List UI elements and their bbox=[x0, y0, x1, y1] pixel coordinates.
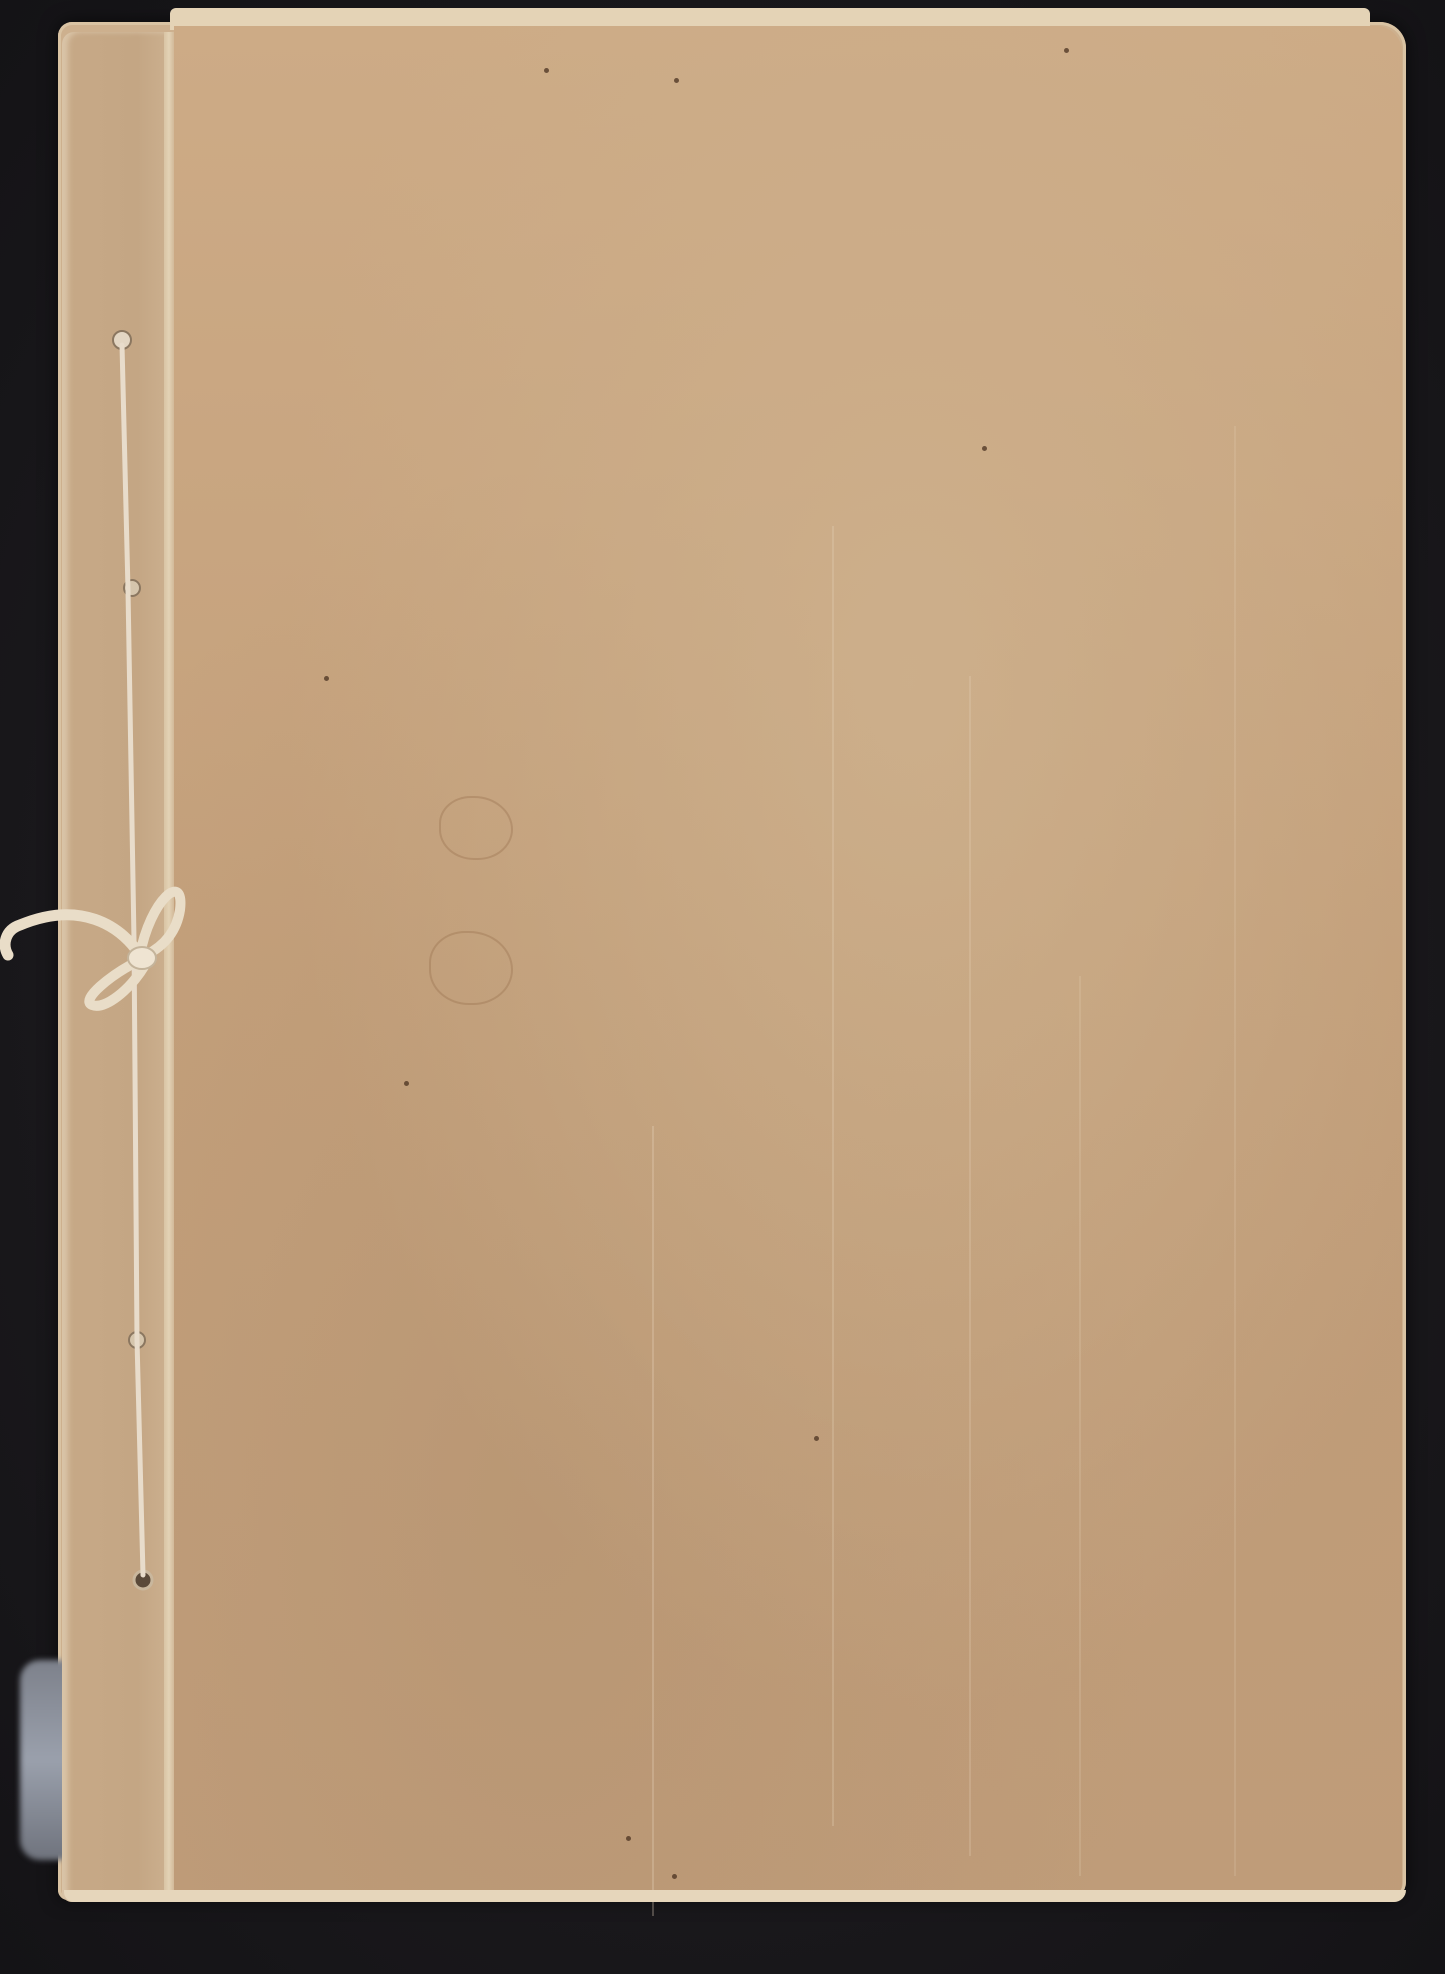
binding-string bbox=[0, 0, 1445, 1974]
bow-knot bbox=[5, 892, 180, 1006]
